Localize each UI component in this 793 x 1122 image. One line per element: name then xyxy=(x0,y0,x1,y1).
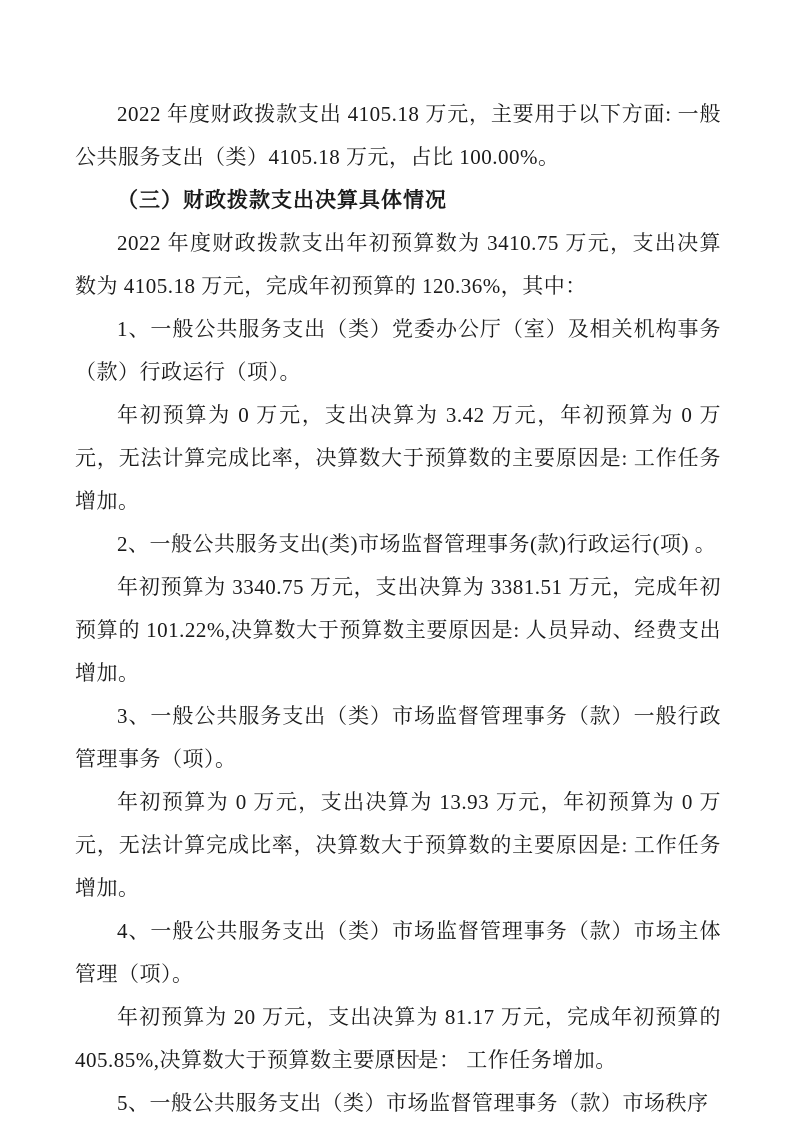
paragraph-item-2-detail: 年初预算为 3340.75 万元，支出决算为 3381.51 万元，完成年初预算… xyxy=(75,566,721,695)
document-body: 2022 年度财政拨款支出 4105.18 万元，主要用于以下方面: 一般公共服… xyxy=(75,93,721,1122)
paragraph-item-3-detail: 年初预算为 0 万元，支出决算为 13.93 万元，年初预算为 0 万元，无法计… xyxy=(75,781,721,910)
page-footer: - 11 - xyxy=(0,1046,793,1064)
paragraph-item-1-title: 1、一般公共服务支出（类）党委办公厅（室）及相关机构事务（款）行政运行（项）。 xyxy=(75,308,721,394)
paragraph-item-2-title: 2、一般公共服务支出(类)市场监督管理事务(款)行政运行(项) 。 xyxy=(75,523,721,566)
paragraph-budget-vs-final: 2022 年度财政拨款支出年初预算数为 3410.75 万元，支出决算数为 41… xyxy=(75,222,721,308)
paragraph-item-3-title: 3、一般公共服务支出（类）市场监督管理事务（款）一般行政管理事务（项）。 xyxy=(75,695,721,781)
paragraph-fiscal-expenditure-summary: 2022 年度财政拨款支出 4105.18 万元，主要用于以下方面: 一般公共服… xyxy=(75,93,721,179)
paragraph-item-1-detail: 年初预算为 0 万元，支出决算为 3.42 万元，年初预算为 0 万元，无法计算… xyxy=(75,394,721,523)
paragraph-item-4-detail: 年初预算为 20 万元，支出决算为 81.17 万元，完成年初预算的 405.8… xyxy=(75,996,721,1082)
section-heading-expenditure-details: （三）财政拨款支出决算具体情况 xyxy=(75,179,721,222)
document-page: 2022 年度财政拨款支出 4105.18 万元，主要用于以下方面: 一般公共服… xyxy=(0,0,793,1122)
paragraph-item-4-title: 4、一般公共服务支出（类）市场监督管理事务（款）市场主体管理（项）。 xyxy=(75,910,721,996)
paragraph-item-5-title: 5、一般公共服务支出（类）市场监督管理事务（款）市场秩序 xyxy=(75,1082,721,1122)
page-number: - 11 - xyxy=(370,1048,424,1063)
